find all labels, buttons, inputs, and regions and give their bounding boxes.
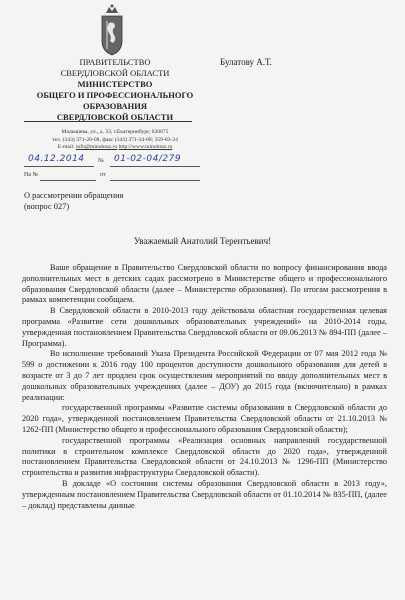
date-underline xyxy=(24,166,94,167)
email-website-line: E-mail: info@minobraz.ru http://www.mino… xyxy=(20,144,210,152)
contact-block: Малышева, ул., д. 33, г.Екатеринбург, 62… xyxy=(20,129,210,152)
ministry-line-1: МИНИСТЕРСТВО xyxy=(20,79,210,90)
from-label: от xyxy=(100,172,106,178)
subject-line-2: (вопрос 027) xyxy=(24,201,123,212)
postal-address: Малышева, ул., д. 33, г.Екатеринбург, 62… xyxy=(20,129,210,137)
email-link[interactable]: info@minobraz.ru xyxy=(76,144,117,150)
letter-body: Ваше обращение в Правительство Свердловс… xyxy=(22,263,387,511)
number-underline xyxy=(110,166,200,167)
reply-to-label: На № xyxy=(24,172,38,178)
letter-subject: О рассмотрении обращения (вопрос 027) xyxy=(24,190,123,212)
paragraph-6: В докладе «О состоянии системы образован… xyxy=(22,479,387,511)
government-name: ПРАВИТЕЛЬСТВО СВЕРДЛОВСКОЙ ОБЛАСТИ xyxy=(20,57,210,79)
subject-line-1: О рассмотрении обращения xyxy=(24,190,123,201)
government-line-2: СВЕРДЛОВСКОЙ ОБЛАСТИ xyxy=(20,68,210,79)
from-underline xyxy=(110,180,200,181)
number-sign: № xyxy=(98,158,104,164)
letter-page: ПРАВИТЕЛЬСТВО СВЕРДЛОВСКОЙ ОБЛАСТИ МИНИС… xyxy=(0,0,405,600)
addressee: Булатову А.Т. xyxy=(220,57,272,67)
reply-to-underline xyxy=(40,180,96,181)
registration-number: 01-02-04/279 xyxy=(114,154,181,164)
paragraph-2: В Свердловской области в 2010-2013 году … xyxy=(22,306,387,349)
ministry-line-2: ОБЩЕГО И ПРОФЕССИОНАЛЬНОГО xyxy=(20,90,210,101)
paragraph-3: Во исполнение требований Указа Президент… xyxy=(22,349,387,403)
coat-of-arms-icon xyxy=(97,3,127,58)
email-label: E-mail: xyxy=(58,144,75,150)
paragraph-1: Ваше обращение в Правительство Свердловс… xyxy=(22,263,387,306)
paragraph-5: государственной программы «Реализация ос… xyxy=(22,436,387,479)
website-link[interactable]: http://www.minobraz.ru xyxy=(119,144,173,150)
ministry-name: МИНИСТЕРСТВО ОБЩЕГО И ПРОФЕССИОНАЛЬНОГО … xyxy=(20,79,210,123)
ministry-line-3: ОБРАЗОВАНИЯ xyxy=(20,101,210,112)
government-line-1: ПРАВИТЕЛЬСТВО xyxy=(20,57,210,68)
paragraph-4: государственной программы «Развитие сист… xyxy=(22,403,387,435)
letterhead-divider xyxy=(24,121,192,122)
greeting: Уважаемый Анатолий Терентьевич! xyxy=(0,236,405,246)
registration-date: 04.12.2014 xyxy=(28,154,85,164)
